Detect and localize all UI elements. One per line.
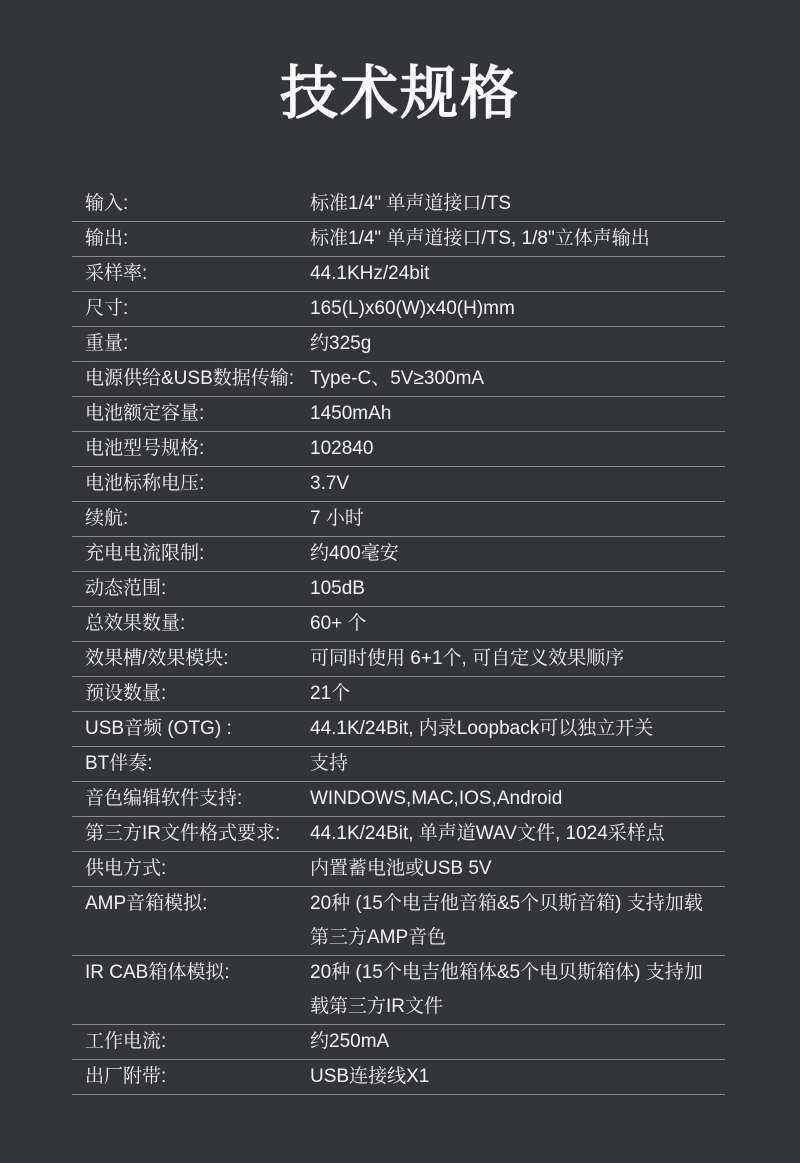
spec-label: 电池型号规格: <box>72 432 310 466</box>
spec-row: 重量: 约325g <box>72 327 725 362</box>
spec-value: 165(L)x60(W)x40(H)mm <box>310 292 725 326</box>
spec-row: 电池标称电压: 3.7V <box>72 467 725 502</box>
spec-row: 音色编辑软件支持: WINDOWS,MAC,IOS,Android <box>72 782 725 817</box>
spec-value: 可同时使用 6+1个, 可自定义效果顺序 <box>310 642 725 676</box>
spec-label: IR CAB箱体模拟: <box>72 956 310 990</box>
spec-row: 第三方IR文件格式要求: 44.1K/24Bit, 单声道WAV文件, 1024… <box>72 817 725 852</box>
spec-value: 20种 (15个电吉他箱体&5个电贝斯箱体) 支持加 载第三方IR文件 <box>310 956 725 1024</box>
spec-row: 电池型号规格: 102840 <box>72 432 725 467</box>
spec-value: 20种 (15个电吉他音箱&5个贝斯音箱) 支持加载 第三方AMP音色 <box>310 887 725 955</box>
spec-table: 输入: 标准1/4" 单声道接口/TS 输出: 标准1/4" 单声道接口/TS,… <box>72 187 725 1095</box>
spec-value: USB连接线X1 <box>310 1060 725 1094</box>
spec-label: BT伴奏: <box>72 747 310 781</box>
spec-value: Type-C、5V≥300mA <box>310 362 725 396</box>
page-title: 技术规格 <box>0 0 800 126</box>
spec-value: 1450mAh <box>310 397 725 431</box>
spec-label: 续航: <box>72 502 310 536</box>
spec-label: 供电方式: <box>72 852 310 886</box>
spec-row: USB音频 (OTG) : 44.1K/24Bit, 内录Loopback可以独… <box>72 712 725 747</box>
spec-row: 出厂附带: USB连接线X1 <box>72 1060 725 1095</box>
spec-value: 标准1/4" 单声道接口/TS, 1/8"立体声输出 <box>310 222 725 256</box>
spec-label: 尺寸: <box>72 292 310 326</box>
spec-value: 约325g <box>310 327 725 361</box>
spec-row: 总效果数量: 60+ 个 <box>72 607 725 642</box>
spec-label: 采样率: <box>72 257 310 291</box>
spec-value: 105dB <box>310 572 725 606</box>
spec-value: 3.7V <box>310 467 725 501</box>
spec-row: IR CAB箱体模拟: 20种 (15个电吉他箱体&5个电贝斯箱体) 支持加 载… <box>72 956 725 1025</box>
spec-label: 第三方IR文件格式要求: <box>72 817 310 851</box>
spec-value: 7 小时 <box>310 502 725 536</box>
spec-label: 电池额定容量: <box>72 397 310 431</box>
spec-value: 44.1K/24Bit, 单声道WAV文件, 1024采样点 <box>310 817 725 851</box>
spec-label: 输出: <box>72 222 310 256</box>
spec-label: 音色编辑软件支持: <box>72 782 310 816</box>
spec-row: 工作电流: 约250mA <box>72 1025 725 1060</box>
spec-label: 输入: <box>72 187 310 221</box>
spec-page: 技术规格 输入: 标准1/4" 单声道接口/TS 输出: 标准1/4" 单声道接… <box>0 0 800 1163</box>
spec-value: 60+ 个 <box>310 607 725 641</box>
spec-row: 动态范围: 105dB <box>72 572 725 607</box>
spec-row: 输入: 标准1/4" 单声道接口/TS <box>72 187 725 222</box>
spec-row: AMP音箱模拟: 20种 (15个电吉他音箱&5个贝斯音箱) 支持加载 第三方A… <box>72 887 725 956</box>
spec-row: 采样率: 44.1KHz/24bit <box>72 257 725 292</box>
spec-label: 总效果数量: <box>72 607 310 641</box>
spec-label: 重量: <box>72 327 310 361</box>
spec-value: 标准1/4" 单声道接口/TS <box>310 187 725 221</box>
spec-row: 电源供给&USB数据传输: Type-C、5V≥300mA <box>72 362 725 397</box>
spec-value: WINDOWS,MAC,IOS,Android <box>310 782 725 816</box>
spec-row: 效果槽/效果模块: 可同时使用 6+1个, 可自定义效果顺序 <box>72 642 725 677</box>
spec-row: 充电电流限制: 约400毫安 <box>72 537 725 572</box>
spec-value: 约400毫安 <box>310 537 725 571</box>
spec-value: 约250mA <box>310 1025 725 1059</box>
spec-label: 预设数量: <box>72 677 310 711</box>
spec-value: 44.1KHz/24bit <box>310 257 725 291</box>
spec-value: 44.1K/24Bit, 内录Loopback可以独立开关 <box>310 712 725 746</box>
spec-label: 电池标称电压: <box>72 467 310 501</box>
spec-value: 支持 <box>310 747 725 781</box>
spec-label: 工作电流: <box>72 1025 310 1059</box>
spec-label: 效果槽/效果模块: <box>72 642 310 676</box>
spec-label: USB音频 (OTG) : <box>72 712 310 746</box>
spec-value: 102840 <box>310 432 725 466</box>
spec-row: 预设数量: 21个 <box>72 677 725 712</box>
spec-value: 21个 <box>310 677 725 711</box>
spec-row: 电池额定容量: 1450mAh <box>72 397 725 432</box>
spec-label: 充电电流限制: <box>72 537 310 571</box>
spec-label: 动态范围: <box>72 572 310 606</box>
spec-row: 尺寸: 165(L)x60(W)x40(H)mm <box>72 292 725 327</box>
spec-row: 续航: 7 小时 <box>72 502 725 537</box>
spec-row: BT伴奏: 支持 <box>72 747 725 782</box>
spec-label: 电源供给&USB数据传输: <box>72 362 310 396</box>
spec-row: 供电方式: 内置蓄电池或USB 5V <box>72 852 725 887</box>
spec-label: 出厂附带: <box>72 1060 310 1094</box>
spec-label: AMP音箱模拟: <box>72 887 310 921</box>
spec-value: 内置蓄电池或USB 5V <box>310 852 725 886</box>
spec-row: 输出: 标准1/4" 单声道接口/TS, 1/8"立体声输出 <box>72 222 725 257</box>
